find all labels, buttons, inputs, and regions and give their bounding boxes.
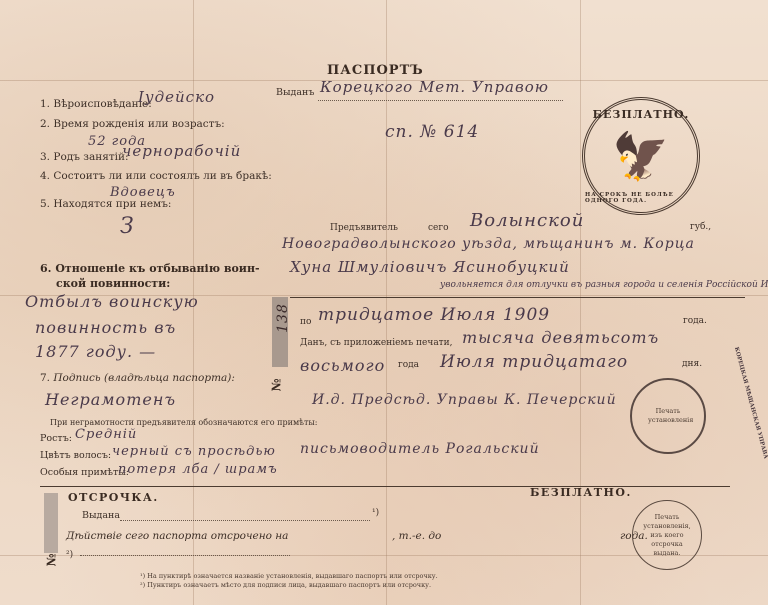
feature-height-value: Средній xyxy=(75,427,137,442)
feature-marks-value: потеря лба / шрамъ xyxy=(118,462,278,477)
bearer-date-handwriting: тридцатое Июля 1909 xyxy=(318,305,550,325)
bearer-given-label: Данъ, съ приложеніемъ печати, xyxy=(300,338,453,348)
bearer-name-handwriting: Хуна Шмулiовичъ Ясинобуцкий xyxy=(290,258,570,276)
bearer-given2-handwriting: восьмого xyxy=(300,356,385,375)
field-birth: 2. Время рожденія или возрастъ: xyxy=(40,118,225,130)
feature-hair-value: черный съ просѣдью xyxy=(112,444,276,459)
field-occupation: 3. Родъ занятій: xyxy=(40,151,129,163)
field-signature: 7. Подпись (владѣльца паспорта): xyxy=(40,372,235,384)
bearer-year-label: года. xyxy=(683,316,707,326)
feature-marks-label: Особыя примѣты: xyxy=(40,467,129,478)
bearer-gub-label: губ., xyxy=(690,222,711,232)
field-accompanying: 5. Находятся при немъ: xyxy=(40,198,171,210)
footnote-2: ²) Пунктиръ означаетъ мѣсто для подписи … xyxy=(140,581,431,589)
illiterate-note: При неграмотности предъявителя обозначаю… xyxy=(50,418,317,427)
municipal-seal-ring-text: КОРЕЦКАЯ МѢЩАНСКАЯ УПРАВА xyxy=(733,346,768,459)
postponement-strip xyxy=(44,493,58,553)
postponement-until-label: , т.-е. до xyxy=(392,530,441,542)
bearer-gub-handwriting: Волынской xyxy=(470,210,584,231)
serial-number-prefix: № xyxy=(270,378,284,391)
fold-line xyxy=(580,0,581,605)
bearer-this-label: сего xyxy=(428,223,449,233)
bearer-month-day-handwriting: Июля тридцатаго xyxy=(440,352,628,372)
field-military-value-line: повинность въ xyxy=(35,318,176,337)
field-marriage: 4. Состоитъ ли или состоялъ ли въ бракѣ: xyxy=(40,170,272,182)
bearer-rule xyxy=(290,297,745,298)
dotted-line xyxy=(120,520,370,521)
field-military: 6. Отношеніе къ отбыванію воин- xyxy=(40,262,260,275)
bearer-line4-handwriting: увольняется для отлучки въ разныя города… xyxy=(440,280,768,290)
issued-label: Выданъ xyxy=(276,87,314,98)
bearer-po-label: по xyxy=(300,317,311,327)
field-military-value-line: Отбылъ воинскую xyxy=(25,292,199,311)
free-stamp: 🦅 БЕЗПЛАТНО. НА СРОКЪ НЕ БОЛѢЕ ОДНОГО ГО… xyxy=(582,97,700,215)
field-military-value-line: 1877 году. — xyxy=(35,342,156,361)
field-religion: 1. Вѣроисповѣданіе: xyxy=(40,98,152,110)
postponement-sign-note: ²) xyxy=(66,550,73,560)
field-military-label2: ской повинности: xyxy=(56,277,170,290)
municipal-seal: Печать установленія xyxy=(630,378,706,454)
passport-document: ПАСПОРТЪ Выданъ Корецкого Мет. Управою с… xyxy=(0,0,768,605)
postponement-issued-label: Выдана xyxy=(82,510,120,521)
series-handwriting: сп. № 614 xyxy=(385,122,479,142)
dotted-line xyxy=(80,555,290,556)
document-title: ПАСПОРТЪ xyxy=(327,63,424,78)
field-occupation-value: чернорабочій xyxy=(122,142,241,160)
double-headed-eagle-icon: 🦅 xyxy=(612,133,669,179)
feature-height-label: Ростъ: xyxy=(40,433,72,444)
feature-hair-label: Цвѣтъ волосъ: xyxy=(40,450,111,461)
signature-chairman: И.д. Предсѣд. Управы К. Печерский xyxy=(312,392,617,408)
field-signature-value: Неграмотенъ xyxy=(45,390,176,409)
free-heading: БЕЗПЛАТНО. xyxy=(530,486,632,499)
dotted-line xyxy=(318,100,563,101)
field-religion-value: Іудейско xyxy=(138,88,215,106)
postponement-number-prefix: № xyxy=(45,553,59,566)
bearer-day-label: дня. xyxy=(682,359,702,369)
postponement-seal-placeholder: Печать установленія, изъ коего отсрочка … xyxy=(632,500,702,570)
postponement-heading: ОТСРОЧКА. xyxy=(68,491,159,504)
stamp-text-top: БЕЗПЛАТНО. xyxy=(593,108,690,121)
postponement-issued-note: ¹) xyxy=(372,508,379,518)
field-accompanying-value: З xyxy=(120,214,135,239)
signature-clerk: письмоводитель Рогальский xyxy=(300,441,540,457)
postponement-extended-label: Дѣйствіе сего паспорта отсрочено на xyxy=(66,530,288,542)
bearer-line2-handwriting: Новоградволынского уѣзда, мѣщанинъ м. Ко… xyxy=(282,236,695,252)
serial-number-handwriting: 138 xyxy=(275,303,291,333)
issued-by-handwriting: Корецкого Мет. Управою xyxy=(320,78,549,96)
footnote-1: ¹) На пунктирѣ означается названіе устан… xyxy=(140,572,438,580)
stamp-text-bottom: НА СРОКЪ НЕ БОЛѢЕ ОДНОГО ГОДА. xyxy=(585,192,697,204)
bearer-label: Предъявитель xyxy=(330,223,398,233)
bearer-given-handwriting: тысяча девятьсотъ xyxy=(462,328,659,347)
bearer-year2-label: года xyxy=(398,360,419,370)
